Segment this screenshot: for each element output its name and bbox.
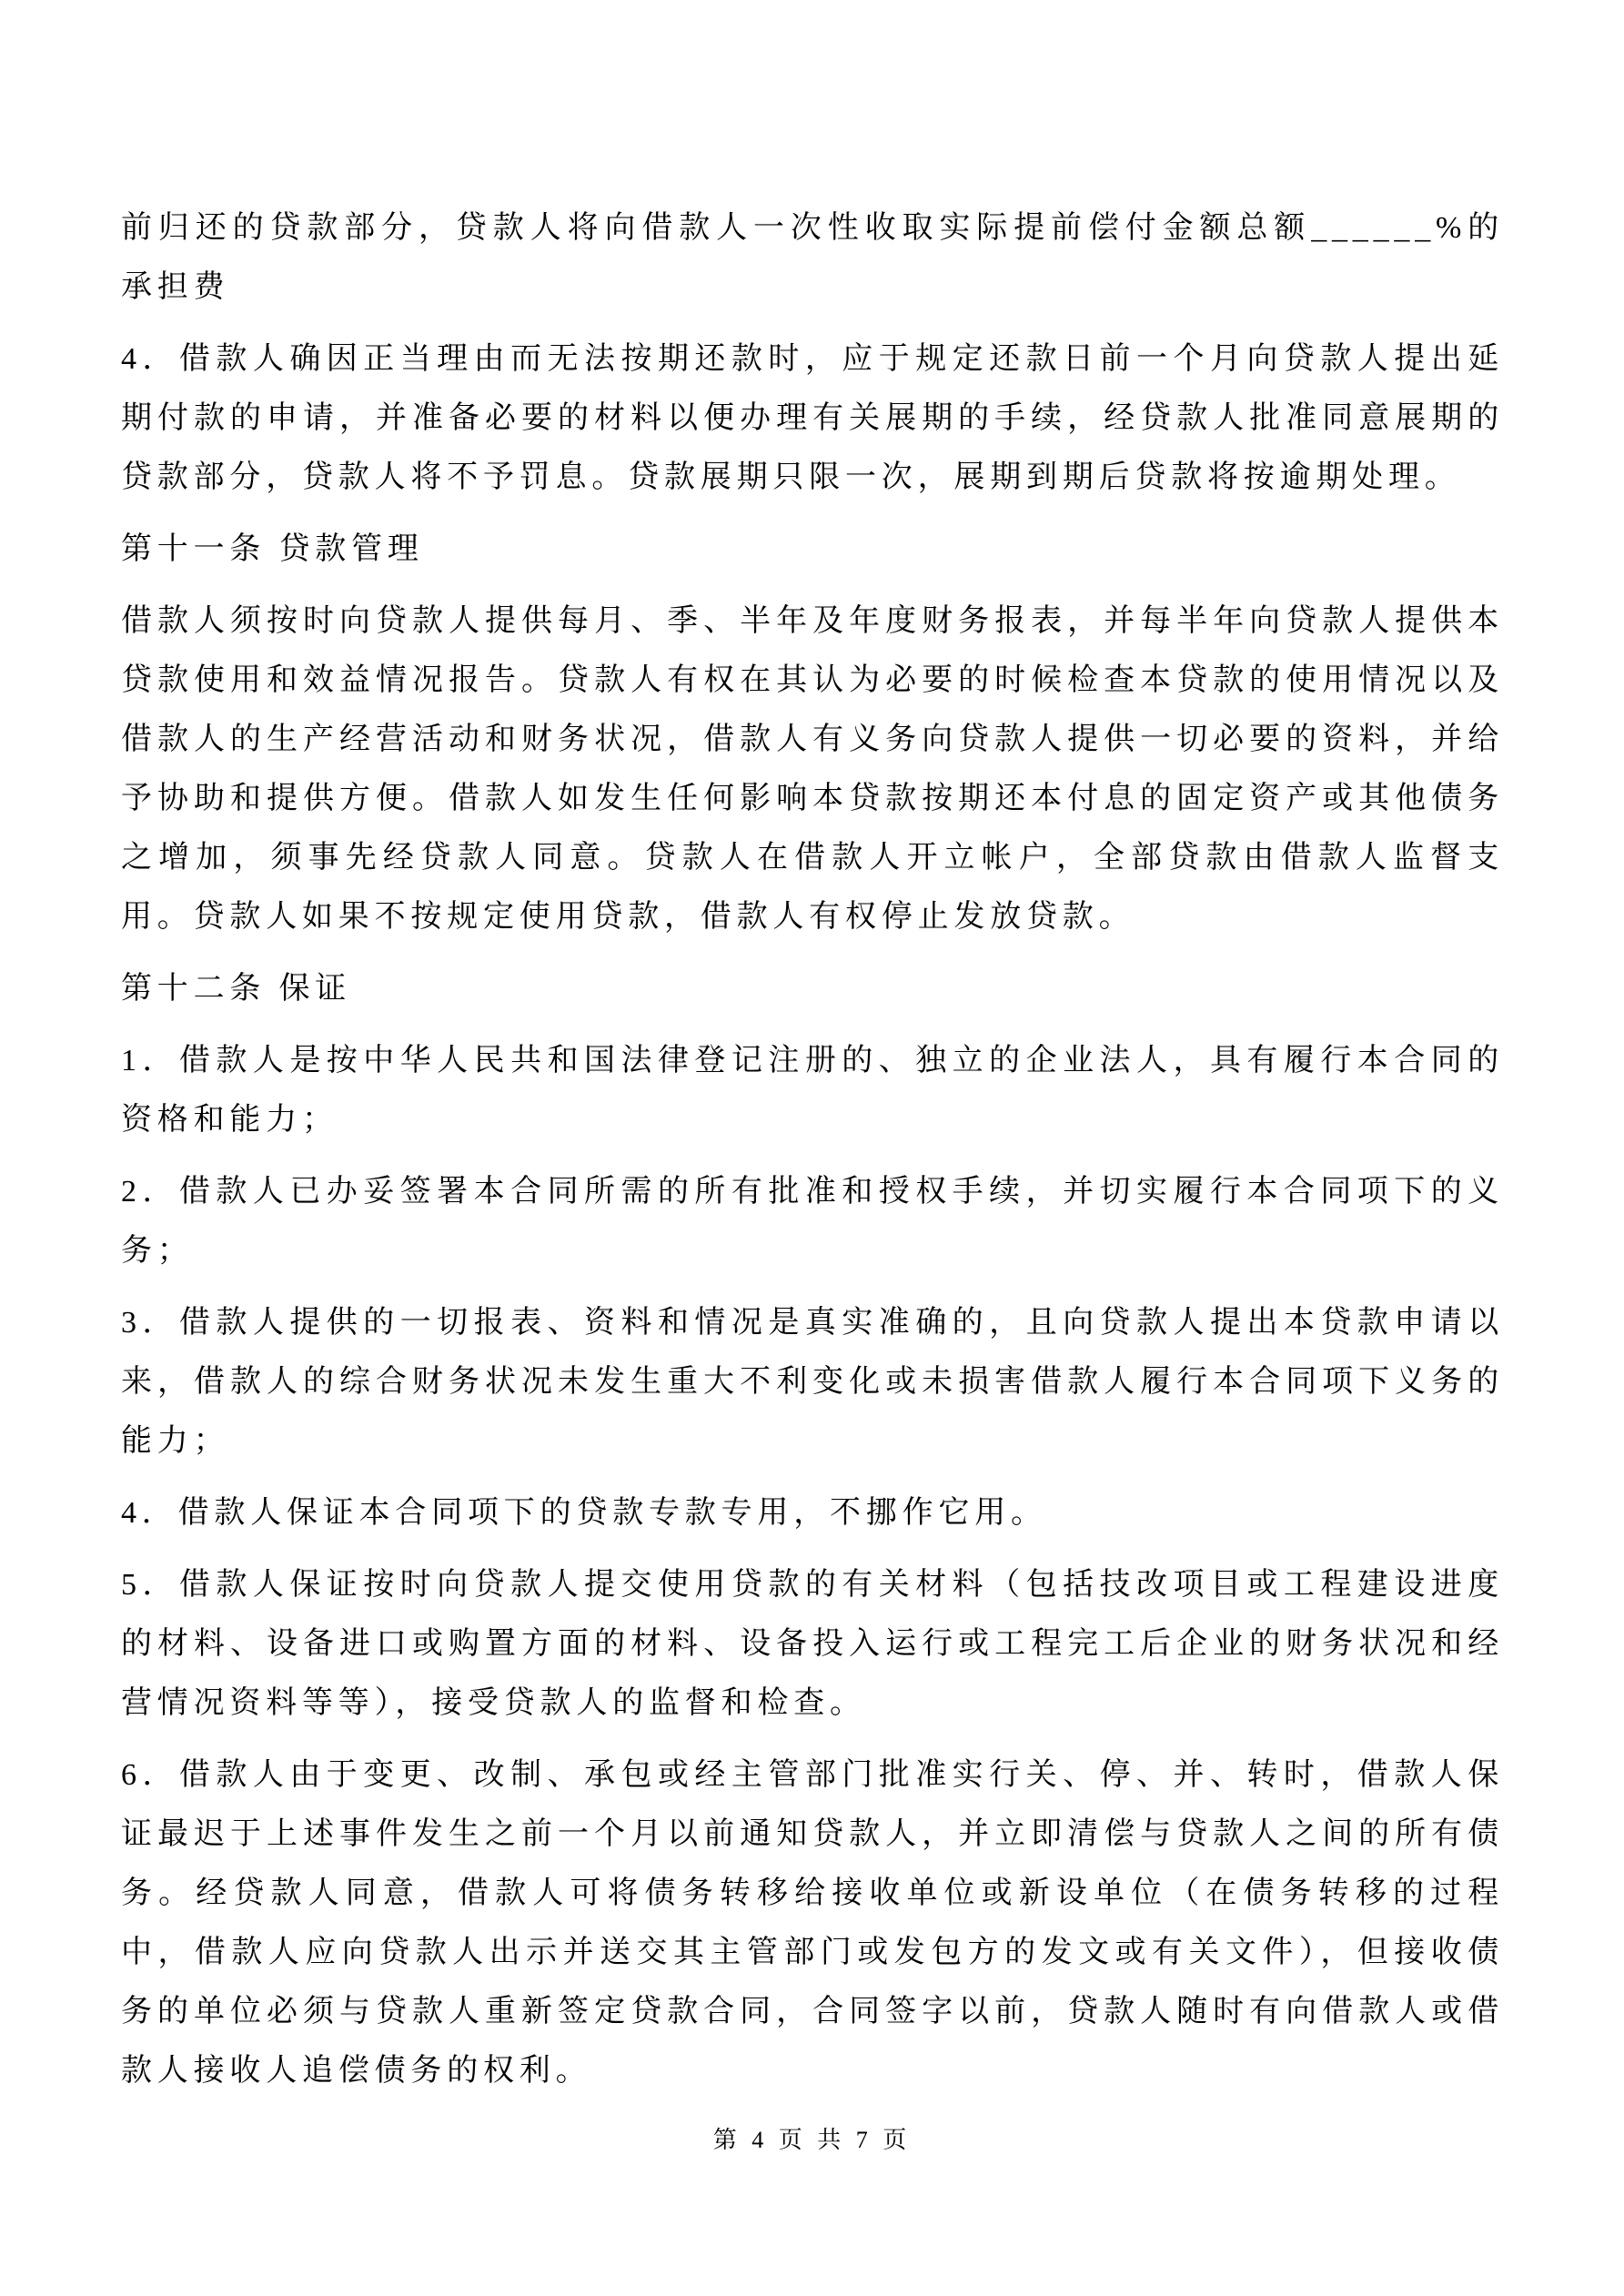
document-body: 前归还的贷款部分，贷款人将向借款人一次性收取实际提前偿付金额总额______%的… [121,198,1504,2113]
text-paragraph: 1．借款人是按中华人民共和国法律登记注册的、独立的企业法人，具有履行本合同的资格… [121,1031,1504,1149]
document-page: 前归还的贷款部分，贷款人将向借款人一次性收取实际提前偿付金额总额______%的… [0,0,1624,2296]
text-paragraph: 5．借款人保证按时向贷款人提交使用贷款的有关材料（包括技改项目或工程建设进度的材… [121,1555,1504,1733]
page-footer: 第 4 页 共 7 页 [0,2126,1624,2155]
text-paragraph: 6．借款人由于变更、改制、承包或经主管部门批准实行关、停、并、转时，借款人保证最… [121,1745,1504,2100]
text-paragraph: 4．借款人保证本合同项下的贷款专款专用，不挪作它用。 [121,1483,1504,1542]
text-paragraph: 前归还的贷款部分，贷款人将向借款人一次性收取实际提前偿付金额总额______%的… [121,198,1504,317]
text-paragraph: 2．借款人已办妥签署本合同所需的所有批准和授权手续，并切实履行本合同项下的义务； [121,1162,1504,1280]
section-heading: 第十二条 保证 [121,959,1504,1018]
text-paragraph: 3．借款人提供的一切报表、资料和情况是真实准确的，且向贷款人提出本贷款申请以来，… [121,1293,1504,1471]
text-paragraph: 借款人须按时向贷款人提供每月、季、半年及年度财务报表，并每半年向贷款人提供本贷款… [121,592,1504,946]
section-heading: 第十一条 贷款管理 [121,520,1504,579]
text-paragraph: 4．借款人确因正当理由而无法按期还款时，应于规定还款日前一个月向贷款人提出延期付… [121,329,1504,507]
